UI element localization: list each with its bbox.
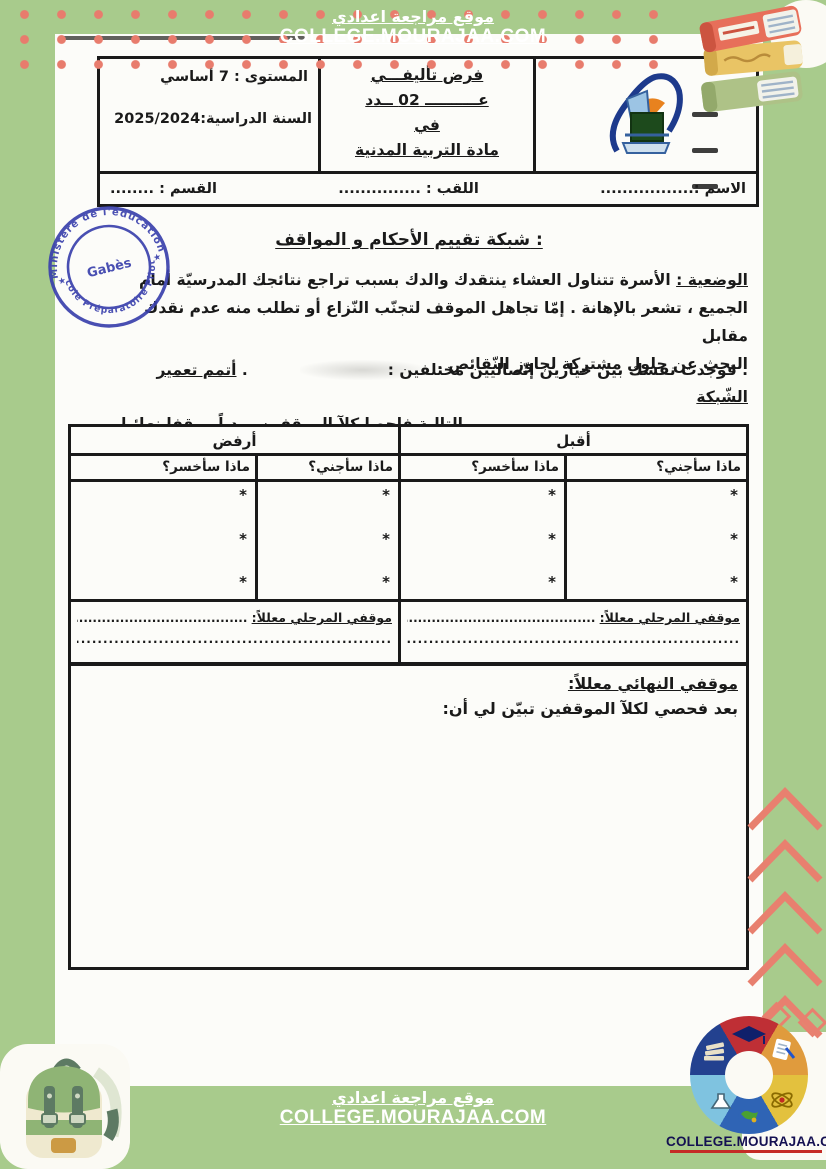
- exam-number-label: عــــــــــ 02 ــدد: [321, 88, 533, 113]
- surname-field[interactable]: اللقب : ...............: [338, 181, 479, 197]
- final-position-title: موقفي النهائي معللاً:: [79, 674, 738, 693]
- exam-in-label: في: [321, 113, 533, 138]
- final-position-subtitle: بعد فحصي لكلآ الموقفين تبيّن لي أن:: [79, 699, 738, 718]
- page: موقع مراجعة اعدادي COLLEGE.MOURAJAA.COM …: [0, 0, 826, 1169]
- logo-url-link[interactable]: COLLEGE.MOURAJAA.COM: [666, 1134, 826, 1149]
- logo-caption: COLLEGE.MOURAJAA.COM: [666, 1134, 826, 1153]
- exam-title-cell: فرض تأليفـــي عــــــــــ 02 ــدد في ماد…: [321, 59, 536, 171]
- stamp-star-right: ★: [152, 252, 162, 264]
- situation-label: الوضعية :: [676, 271, 748, 289]
- accept-gain-header: ماذا سأجني؟: [567, 456, 746, 479]
- accept-lose-answers[interactable]: ***: [401, 482, 567, 599]
- logo-underline: [670, 1150, 822, 1153]
- site-url-link[interactable]: COLLEGE.MOURAJAA.COM: [0, 1107, 826, 1129]
- situation-line-2: الجميع ، تشعر بالإهانة . إمّا تجاهل المو…: [100, 294, 748, 350]
- name-field[interactable]: الاسم :.................: [600, 181, 746, 197]
- school-logo-icon: [603, 69, 689, 161]
- stamp-center-text: Gabès: [86, 256, 134, 282]
- class-field[interactable]: القسم : ........: [110, 181, 217, 197]
- header-level-cell: المستوى : 7 أساسي السنة الدراسية:2025/20…: [100, 59, 321, 171]
- student-identity-row: الاسم :................. اللقب : .......…: [100, 171, 756, 204]
- school-year-label: السنة الدراسية:2025/2024: [106, 111, 312, 127]
- site-title-arabic[interactable]: موقع مراجعة اعدادي: [0, 1088, 826, 1107]
- scan-artifact: [692, 148, 718, 153]
- accept-header-cell: أقبل: [401, 427, 746, 453]
- accept-lose-header: ماذا سأخسر؟: [401, 456, 567, 479]
- refuse-gain-answers[interactable]: ***: [258, 482, 401, 599]
- choice-intro: . فوجدت نفسك بين خيارين إتّصاليين مختلفي…: [388, 361, 748, 379]
- refuse-header-cell: أرفض: [71, 427, 401, 453]
- accept-interim-position[interactable]: موقفي المرحلي معللاً: ..................…: [401, 602, 746, 662]
- exam-header-table: المستوى : 7 أساسي السنة الدراسية:2025/20…: [97, 56, 759, 207]
- final-position-box[interactable]: موقفي النهائي معللاً: بعد فحصي لكلآ المو…: [68, 663, 749, 970]
- exam-subject-label: مادة التربية المدنية: [321, 138, 533, 163]
- refuse-lose-header: ماذا سأخسر؟: [71, 456, 258, 479]
- refuse-interim-position[interactable]: موقفي المرحلي معللاً: ..................…: [71, 602, 401, 662]
- scan-artifact: [692, 184, 718, 189]
- situation-line-1: الأسرة تتناول العشاء ينتقدك والدك بسبب ت…: [139, 271, 671, 289]
- level-label: المستوى : 7 أساسي: [106, 69, 308, 85]
- refuse-gain-header: ماذا سأجني؟: [258, 456, 401, 479]
- accept-gain-answers[interactable]: ***: [567, 482, 746, 599]
- refuse-lose-answers[interactable]: ***: [71, 482, 258, 599]
- exam-type-label: فرض تأليفـــي: [321, 63, 533, 88]
- evaluation-grid: أرفض أقبل ماذا سأخسر؟ ماذا سأجني؟ ماذا س…: [68, 424, 749, 665]
- choice-period: .: [242, 361, 248, 379]
- top-banner: موقع مراجعة اعدادي COLLEGE.MOURAJAA.COM: [0, 7, 826, 48]
- site-url-link[interactable]: COLLEGE.MOURAJAA.COM: [0, 26, 826, 48]
- site-title-arabic[interactable]: موقع مراجعة اعدادي: [0, 7, 826, 26]
- stamp-star-left: ★: [57, 276, 67, 288]
- bottom-banner: موقع مراجعة اعدادي COLLEGE.MOURAJAA.COM: [0, 1088, 826, 1129]
- chevron-pattern: [744, 782, 826, 1042]
